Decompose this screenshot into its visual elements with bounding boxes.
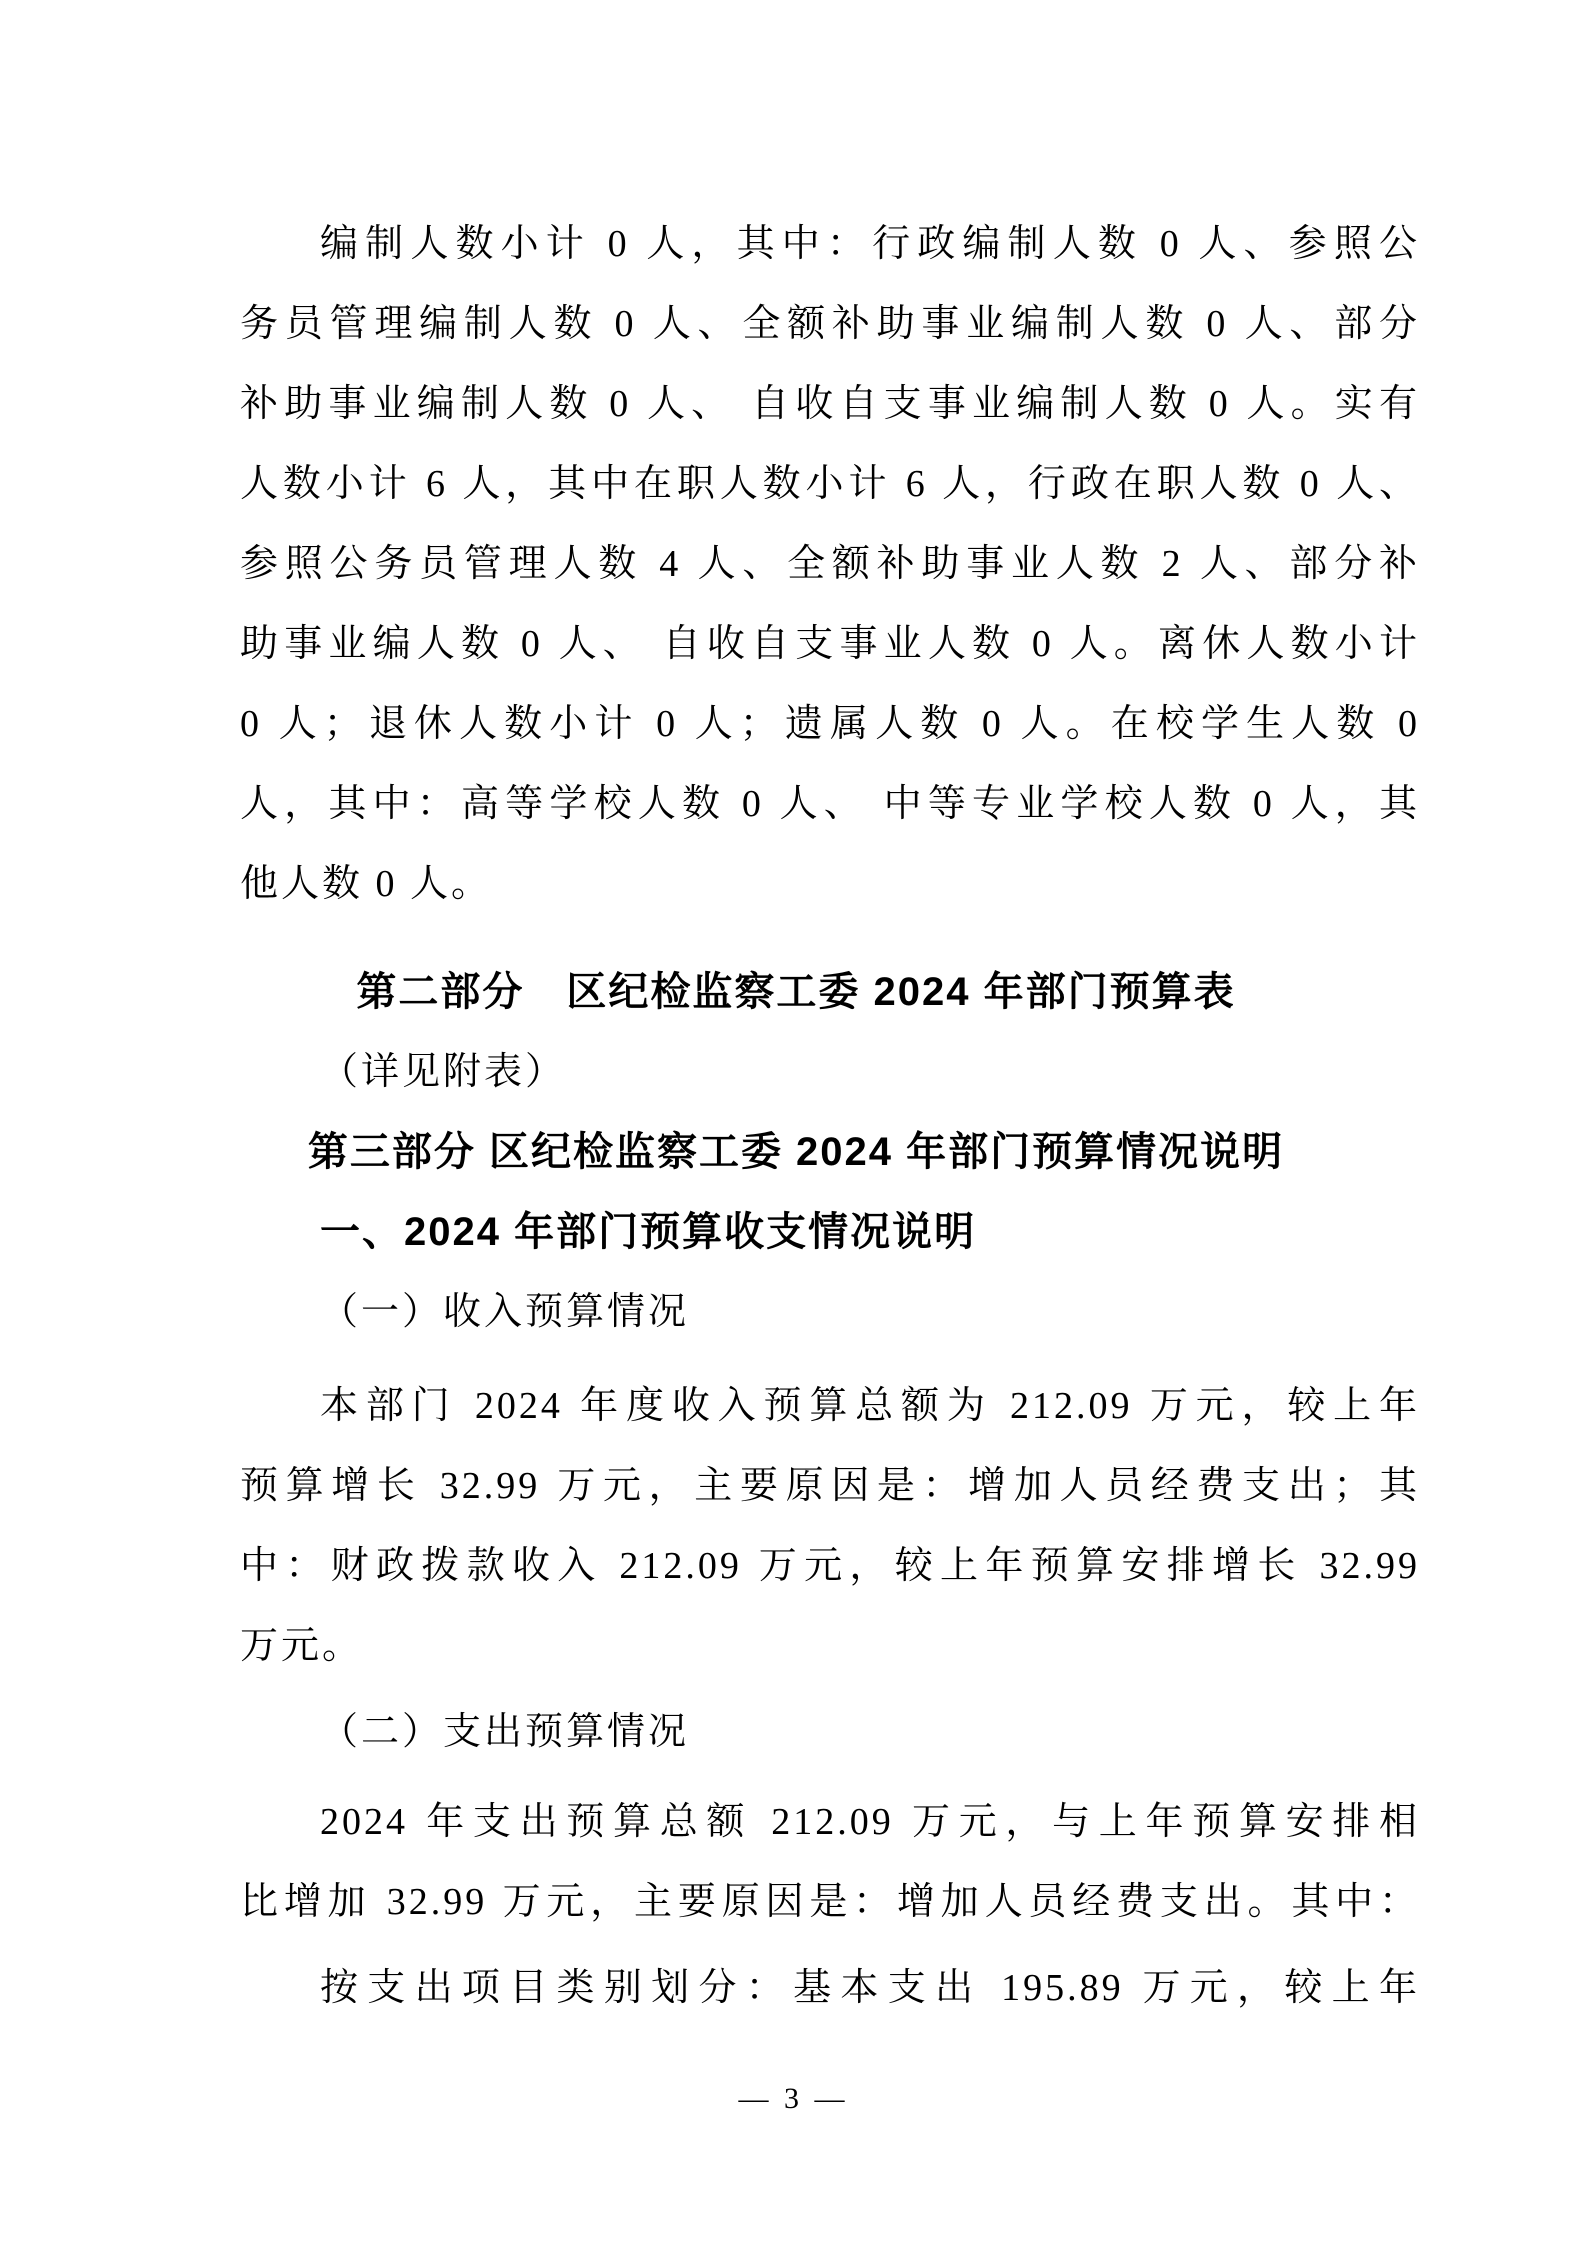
expense-paragraph-line: 比增加 32.99 万元，主要原因是：增加人员经费支出。其中：: [240, 1862, 1420, 1942]
staffing-paragraph-line: 人数小计 6 人，其中在职人数小计 6 人，行政在职人数 0 人、: [240, 444, 1420, 524]
expense-detail-line: 按支出项目类别划分：基本支出 195.89 万元，较上年: [240, 1948, 1420, 2028]
section1-heading: 一、2024 年部门预算收支情况说明: [240, 1192, 1420, 1272]
part3-heading: 第三部分 区纪检监察工委 2024 年部门预算情况说明: [240, 1112, 1420, 1192]
staffing-paragraph-line: 编制人数小计 0 人，其中：行政编制人数 0 人、参照公: [240, 204, 1420, 284]
page-number: — 3 —: [0, 2082, 1587, 2116]
expense-paragraph-line: 2024 年支出预算总额 212.09 万元，与上年预算安排相: [240, 1782, 1420, 1862]
income-subheading: （一）收入预算情况: [240, 1272, 1420, 1352]
income-paragraph-line: 预算增长 32.99 万元，主要原因是：增加人员经费支出；其: [240, 1446, 1420, 1526]
staffing-paragraph-line: 参照公务员管理人数 4 人、全额补助事业人数 2 人、部分补: [240, 524, 1420, 604]
staffing-paragraph-line: 补助事业编制人数 0 人、 自收自支事业编制人数 0 人。实有: [240, 364, 1420, 444]
staffing-paragraph-line: 0 人；退休人数小计 0 人；遗属人数 0 人。在校学生人数 0: [240, 684, 1420, 764]
page-content: 编制人数小计 0 人，其中：行政编制人数 0 人、参照公 务员管理编制人数 0 …: [240, 204, 1420, 2028]
part2-heading: 第二部分 区纪检监察工委 2024 年部门预算表: [240, 952, 1420, 1032]
staffing-paragraph-line: 人，其中：高等学校人数 0 人、 中等专业学校人数 0 人，其: [240, 764, 1420, 844]
part2-note: （详见附表）: [240, 1032, 1420, 1112]
expense-subheading: （二）支出预算情况: [240, 1692, 1420, 1772]
income-paragraph-line: 本部门 2024 年度收入预算总额为 212.09 万元，较上年: [240, 1366, 1420, 1446]
staffing-paragraph-line: 他人数 0 人。: [240, 844, 1420, 924]
staffing-paragraph-line: 务员管理编制人数 0 人、全额补助事业编制人数 0 人、部分: [240, 284, 1420, 364]
income-paragraph-line: 中：财政拨款收入 212.09 万元，较上年预算安排增长 32.99: [240, 1526, 1420, 1606]
staffing-paragraph-line: 助事业编人数 0 人、 自收自支事业人数 0 人。离休人数小计: [240, 604, 1420, 684]
income-paragraph-line: 万元。: [240, 1606, 1420, 1686]
